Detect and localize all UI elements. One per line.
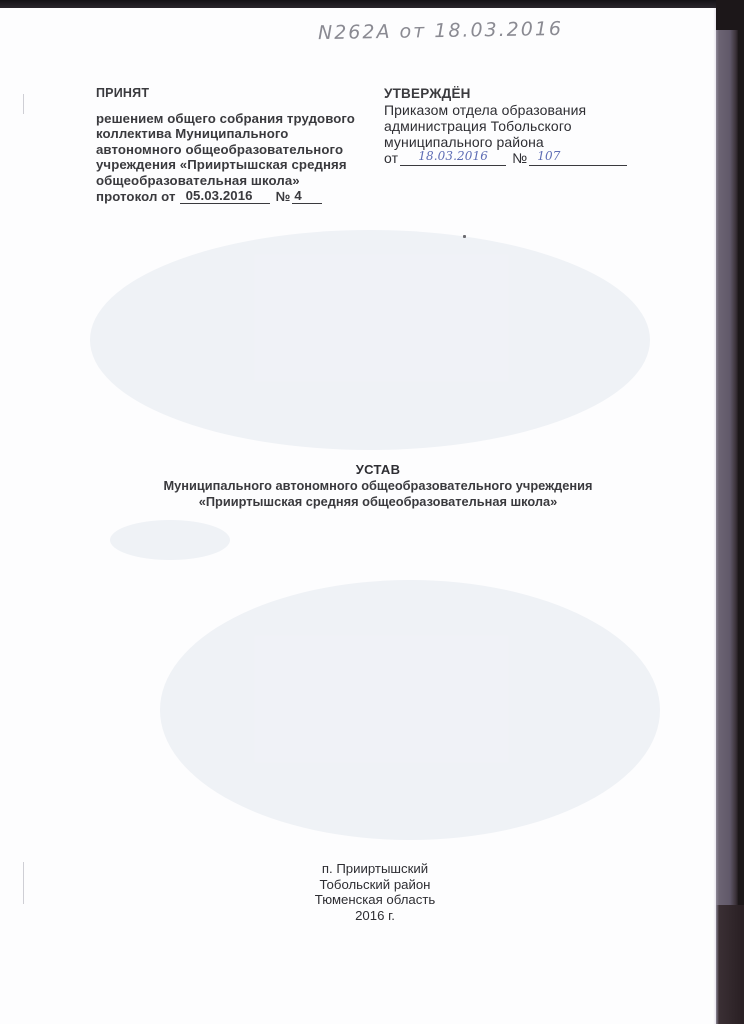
adopted-heading: ПРИНЯТ [96,86,376,102]
adopted-line: общеобразовательная школа» [96,173,376,189]
footer-line-year: 2016 г. [262,908,488,924]
document-title: УСТАВ [100,462,656,478]
protocol-number: 4 [294,188,301,203]
approved-block: УТВЕРЖДЁН Приказом отдела образования ад… [384,86,674,166]
order-date-prefix: от [384,150,398,166]
approved-line: администрация Тобольского [384,118,674,134]
number-sign: № [512,150,527,166]
order-number-handwritten: 107 [537,149,560,163]
order-number-field: 107 [529,150,627,166]
protocol-number-field: 4 [292,188,322,204]
charter-title-block: УСТАВ Муниципального автономного общеобр… [100,462,656,509]
dust-speck [463,235,466,238]
approved-line: Приказом отдела образования [384,102,674,118]
scanned-document-page: N262A от 18.03.2016 ПРИНЯТ решением обще… [0,0,744,1024]
scan-top-border [0,0,744,8]
adopted-line: автономного общеобразовательного [96,142,376,158]
adopted-body: решением общего собрания трудового колле… [96,111,376,205]
order-date-field: 18.03.2016 [400,150,506,166]
document-subtitle-line: «Прииртышская средняя общеобразовательна… [100,494,656,510]
scan-right-shadow-strip [716,30,738,1024]
protocol-date: 05.03.2016 [186,188,253,203]
approved-line: муниципального района [384,134,674,150]
footer-line-settlement: п. Прииртышский [262,861,488,877]
page-edge [713,8,716,1024]
scan-right-lower-border [716,905,744,1024]
bleed-through-mark [110,520,230,560]
approved-heading: УТВЕРЖДЁН [384,86,674,102]
protocol-row: протокол от 05.03.2016 № 4 [96,188,376,204]
adopted-line: решением общего собрания трудового [96,111,376,127]
margin-pencil-mark [23,94,24,114]
footer-line-district: Тобольский район [262,877,488,893]
margin-pencil-mark [23,862,24,904]
order-row: от 18.03.2016 № 107 [384,150,674,166]
document-subtitle-line: Муниципального автономного общеобразоват… [100,478,656,494]
footer-line-region: Тюменская область [262,892,488,908]
adopted-block: ПРИНЯТ решением общего собрания трудовог… [96,86,376,204]
approved-body: Приказом отдела образования администраци… [384,102,674,166]
order-date-handwritten: 18.03.2016 [418,149,488,163]
bleed-through-shadow [90,230,650,450]
bleed-through-shadow [160,580,660,840]
protocol-prefix: протокол от [96,189,176,205]
place-and-year-block: п. Прииртышский Тобольский район Тюменск… [262,861,488,923]
number-sign: № [276,189,291,205]
adopted-line: учреждения «Прииртышская средняя [96,157,376,173]
protocol-date-field: 05.03.2016 [180,188,270,204]
registration-note: N262A от 18.03.2016 [318,18,563,44]
adopted-line: коллектива Муниципального [96,126,376,142]
